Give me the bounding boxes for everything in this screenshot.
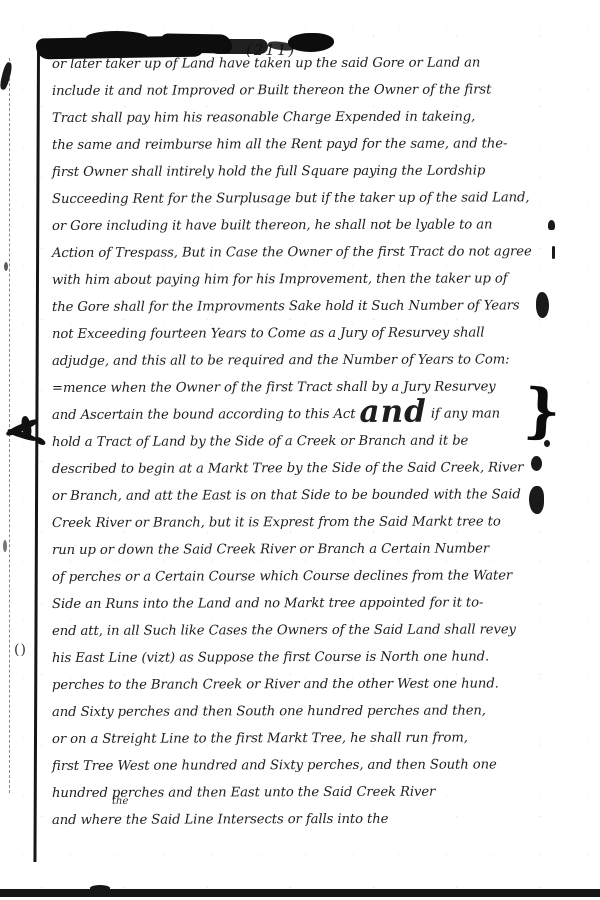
manuscript-line: with him about paying him for his Improv… (52, 271, 508, 288)
manuscript-line: first Owner shall intirely hold the full… (52, 163, 485, 180)
manuscript-line: Tract shall pay him his reasonable Charg… (52, 110, 475, 126)
manuscript-line: first Tree West one hundred and Sixty pe… (52, 757, 497, 774)
ink-speck (536, 292, 549, 318)
manuscript-line: =mence when the Owner of the first Tract… (52, 379, 496, 396)
manuscript-line: Succeeding Rent for the Surplusage but i… (52, 190, 530, 207)
emphasis-after: if any man (427, 406, 500, 421)
manuscript-line: not Exceeding fourteen Years to Come as … (52, 325, 484, 342)
ink-blob (86, 31, 148, 44)
manuscript-line: or Branch, and att the East is on that S… (52, 487, 521, 504)
ink-speck (552, 246, 555, 259)
manuscript-line: or later taker up of Land have taken up … (52, 56, 480, 72)
scan-edge-bar-bottom (0, 889, 600, 897)
left-margin-thin-rule (9, 58, 10, 793)
ink-speck (544, 440, 550, 447)
ink-speck (529, 486, 544, 514)
left-margin-rule (33, 52, 39, 862)
ink-speck (0, 61, 13, 90)
manuscript-line: end att, in all Such like Cases the Owne… (52, 622, 516, 639)
ink-speck (3, 540, 7, 552)
emphasized-word-and: and (359, 394, 426, 430)
manuscript-line: run up or down the Said Creek River or B… (52, 541, 489, 558)
manuscript-line: the Gore shall for the Improvments Sake … (52, 298, 520, 315)
manuscript-line: perches to the Branch Creek or River and… (52, 676, 499, 693)
manuscript-line: Action of Trespass, But in Case the Owne… (52, 244, 532, 261)
right-margin-brace: } (522, 375, 562, 446)
manuscript-line: hold a Tract of Land by the Side of a Cr… (52, 434, 468, 450)
ink-speck (548, 220, 555, 230)
ink-blob (210, 39, 268, 54)
manuscript-line: the same and reimburse him all the Rent … (52, 136, 507, 153)
interlinear-insertion: the (112, 796, 128, 807)
ink-speck (4, 262, 8, 271)
ink-blob (288, 33, 334, 52)
manuscript-line: include it and not Improved or Built the… (52, 82, 491, 99)
manuscript-line: of perches or a Certain Course which Cou… (52, 568, 512, 585)
manuscript-line-emphasis: and Ascertain the bound according to thi… (52, 406, 500, 423)
manuscript-line: his East Line (vizt) as Suppose the firs… (52, 649, 489, 666)
manuscript-page-scan: (211) or later taker up of Land have tak… (0, 0, 600, 900)
manuscript-line: described to begin at a Markt Tree by th… (52, 460, 523, 477)
manuscript-line: and Sixty perches and then South one hun… (52, 703, 486, 720)
manuscript-line: Side an Runs into the Land and no Markt … (52, 595, 483, 612)
emphasis-before: and Ascertain the bound according to thi… (52, 407, 360, 423)
manuscript-line: hundred perches and then East unto the S… (52, 785, 435, 801)
manuscript-line: and where the Said Line Intersects or fa… (52, 812, 388, 828)
manuscript-line: adjudge, and this all to be required and… (52, 352, 510, 369)
manuscript-line: or on a Streight Line to the first Markt… (52, 731, 468, 747)
manuscript-line: Creek River or Branch, but it is Exprest… (52, 514, 501, 531)
manuscript-line: or Gore including it have built thereon,… (52, 217, 492, 234)
left-margin-bracket: () (14, 642, 27, 658)
ink-speck (531, 456, 542, 471)
